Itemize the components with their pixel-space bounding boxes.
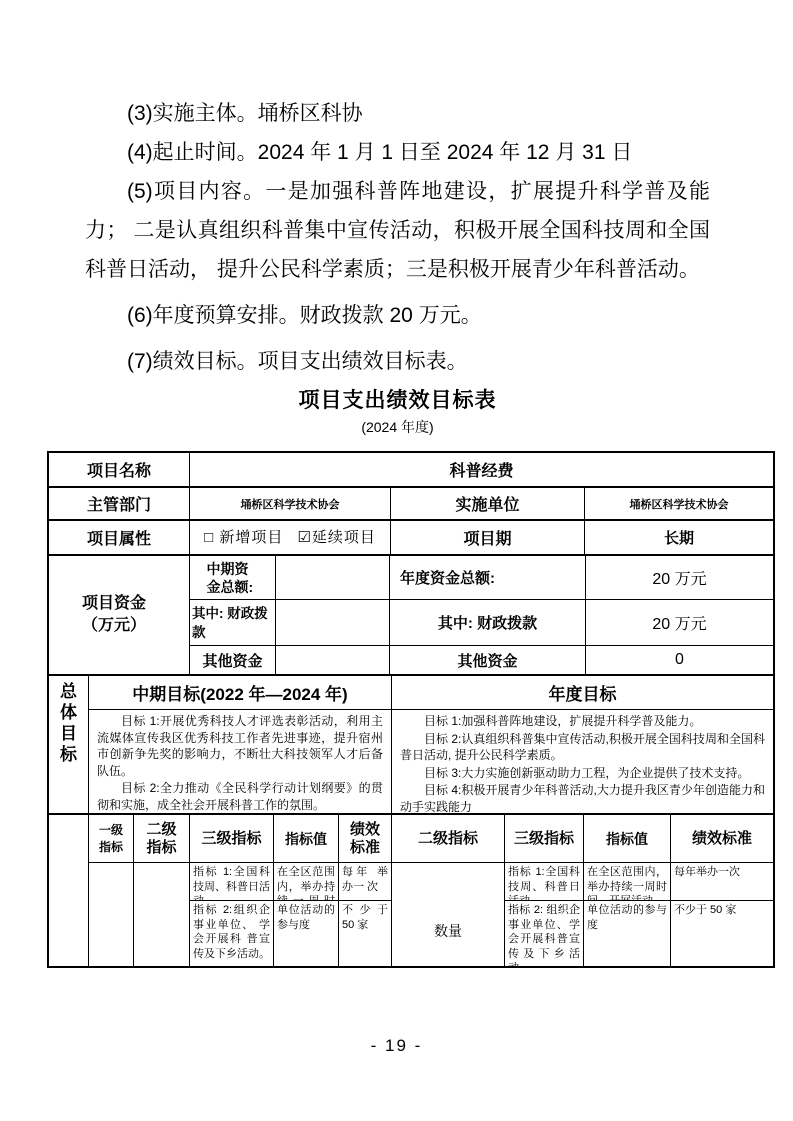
midterm-goal-header: 中期目标(2022 年—2024 年) [89,676,392,710]
annual-goal-3: 目标 3:大力实施创新驱动助力工程，为企业提供了技术支持。 [400,765,765,782]
indicator-left-2-value: 单位活动的参与度 [274,901,339,966]
annual-fiscal-value: 20 万元 [586,600,773,646]
midterm-total-label: 中期资金总额: [190,556,276,600]
row-attribute: 项目属性 □ 新增项目 ☑延续项目 项目期 长期 [49,521,773,556]
midterm-total-value-cell [276,556,390,600]
level1-indicator-cell [89,863,134,966]
department-value: 埇桥区科学技术协会 [190,488,391,521]
annual-goal-2: 目标 2:认真组织科普集中宣传活动,积极开展全国科技周和全国科普日活动, 提升公… [400,731,765,764]
header-indicator-value-right: 指标值 [584,815,671,863]
indicator-right-1-standard: 每年举办一次 [671,863,773,901]
annual-goal-text: 目标 1:加强科普阵地建设，扩展提升科学普及能力。 目标 2:认真组织科普集中宣… [392,710,773,815]
indicator-right-1-value: 在全区范围内，举办持续一周时间，开展活动。 [584,863,671,901]
level2-indicator-quantity: 数量 [392,863,505,966]
header-level1-indicator: 一级指标 [89,815,134,863]
indicator-left-spacer-cell [49,815,89,966]
indicator-left-1-name: 指标 1:全国科技周、科普日活动。 [190,863,274,901]
header-level2-indicator-right: 二级指标 [392,815,505,863]
new-project-checkbox: □ 新增项目 [204,529,283,546]
indicator-left-1-value: 在全区范围内，举办持续一周时间。 [274,863,339,901]
midterm-goal-1: 目标 1:开展优秀科技人才评选表彰活动，利用主流媒体宣传我区优秀科技工作者先进事… [97,713,383,779]
annual-other-value: 0 [586,646,773,676]
funding-label-text: 项目资金（万元） [82,593,156,637]
table-title: 项目支出绩效目标表 [85,388,710,414]
table-subtitle: (2024 年度) [85,419,710,435]
header-performance-standard-left: 绩效标准 [339,815,392,863]
department-label: 主管部门 [49,488,190,521]
header-level3-indicator-right: 三级指标 [505,815,584,863]
document-page: (3)实施主体。埇桥区科协 (4)起止时间。2024 年 1 月 1 日至 20… [0,0,793,1121]
midterm-goal-2: 目标 2:全力推动《全民科学行动计划纲要》的贯彻和实施，成全社会开展科普工作的氛… [97,780,383,813]
body-text: (3)实施主体。埇桥区科协 (4)起止时间。2024 年 1 月 1 日至 20… [0,0,793,435]
row-department: 主管部门 埇桥区科学技术协会 实施单位 埇桥区科学技术协会 [49,488,773,521]
period-label: 项目期 [391,521,585,556]
midterm-other-label: 其他资金 [190,646,276,676]
annual-fiscal-label: 其中: 财政拨款 [390,600,586,646]
funding-label: 项目资金（万元） [49,556,190,676]
indicator-left-2-standard: 不少于 50 家 [339,901,392,966]
indicator-right-2-standard: 不少于 50 家 [671,901,773,966]
header-performance-standard-right: 绩效标准 [671,815,773,863]
attribute-options: □ 新增项目 ☑延续项目 [190,521,391,556]
indicator-right-1-name: 指标 1:全国科技周、科普日活动。 [505,863,584,901]
level2-indicator-cell-left [134,863,190,966]
header-level3-indicator-left: 三级指标 [190,815,274,863]
row-project-name: 项目名称 科普经费 [49,453,773,488]
annual-total-label: 年度资金总额: [390,556,586,600]
continue-project-checkbox: ☑延续项目 [297,529,375,546]
overall-goal-label: 总体目标 [49,676,89,815]
paragraph-7: (7)绩效目标。项目支出绩效目标表。 [85,342,710,381]
annual-goal-1: 目标 1:加强科普阵地建设，扩展提升科学普及能力。 [400,713,765,730]
paragraph-4: (4)起止时间。2024 年 1 月 1 日至 2024 年 12 月 31 日 [85,133,710,172]
paragraph-5: (5)项目内容。一是加强科普阵地建设，扩展提升科学普及能力； 二是认真组织科普集… [85,172,710,289]
project-name-label: 项目名称 [49,453,190,488]
attribute-label: 项目属性 [49,521,190,556]
indicator-left-2-name: 指标 2:组织企事业单位、 学会开展科 普宣传及下乡活动。 [190,901,274,966]
implementer-value: 埇桥区科学技术协会 [585,488,773,521]
annual-total-value: 20 万元 [586,556,773,600]
paragraph-6: (6)年度预算安排。财政拨款 20 万元。 [85,296,710,335]
midterm-goal-text: 目标 1:开展优秀科技人才评选表彰活动，利用主流媒体宣传我区优秀科技工作者先进事… [89,710,392,815]
midterm-fiscal-label: 其中: 财政拨款 [190,600,276,646]
midterm-other-value-cell [276,646,390,676]
header-indicator-value-left: 指标值 [274,815,339,863]
section-overall-goal: 总体目标 中期目标(2022 年—2024 年) 年度目标 目标 1:开展优秀科… [49,676,773,815]
project-name-value: 科普经费 [190,453,773,488]
annual-other-label: 其他资金 [390,646,586,676]
annual-goal-header: 年度目标 [392,676,773,710]
header-level2-indicator-left: 二级指标 [134,815,190,863]
section-indicators: 一级指标 二级指标 三级指标 指标值 绩效标准 二级指标 三级指标 指标值 绩效… [49,815,773,966]
implementer-label: 实施单位 [391,488,585,521]
midterm-fiscal-value-cell [276,600,390,646]
indicator-left-1-standard: 每年 举办一 次 [339,863,392,901]
annual-goal-4: 目标 4:积极开展青少年科普活动,大力提升我区青少年创造能力和动手实践能力 [400,782,765,815]
indicator-right-2-value: 单位活动的参与度 [584,901,671,966]
page-number: - 19 - [0,1036,793,1056]
performance-target-table: 项目名称 科普经费 主管部门 埇桥区科学技术协会 实施单位 埇桥区科学技术协会 … [47,451,775,968]
period-value: 长期 [585,521,773,556]
paragraph-3: (3)实施主体。埇桥区科协 [85,94,710,133]
indicator-right-2-name: 指标 2: 组织企事业单位、学会开展科普宣传及下乡活动。 [505,901,584,966]
section-funding: 项目资金（万元） 中期资金总额: 年度资金总额: 20 万元 其中: 财政拨款 … [49,556,773,676]
